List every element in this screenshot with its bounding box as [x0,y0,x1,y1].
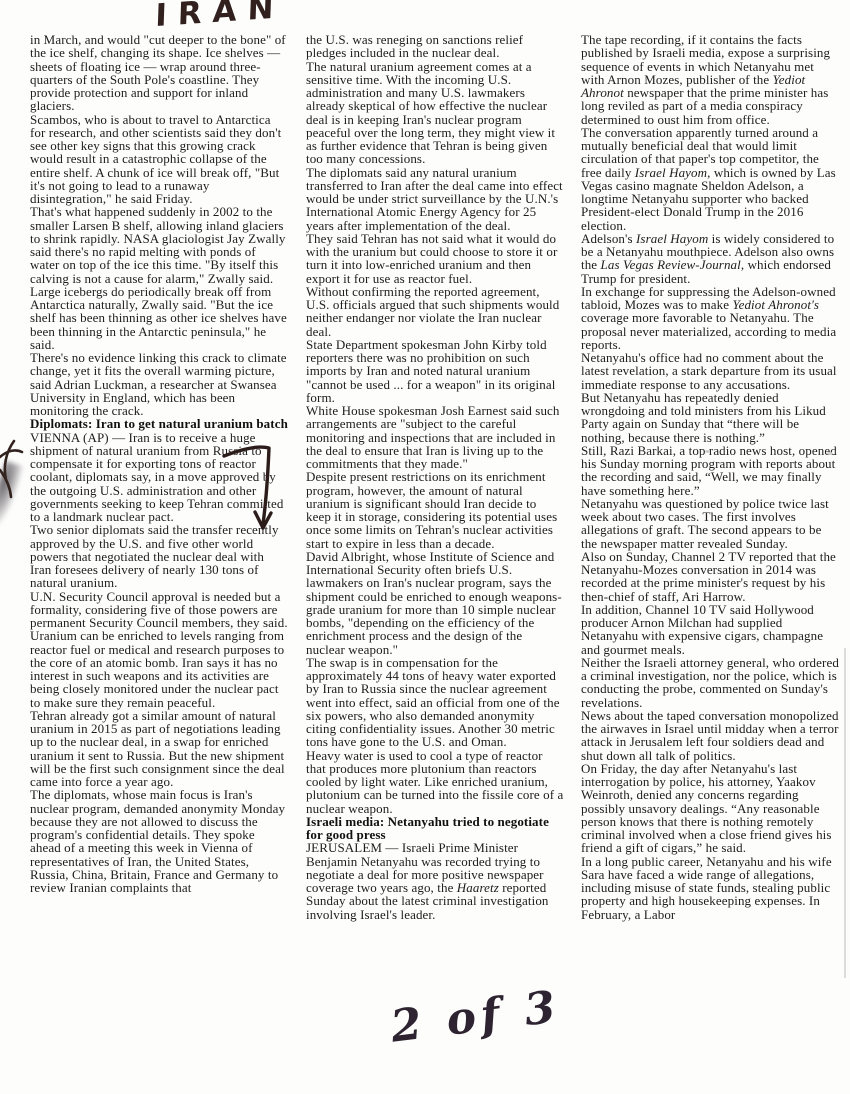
scan-shadow-artifact [0,461,24,534]
paragraph: In exchange for suppressing the Adelson-… [581,285,839,351]
paragraph: Neither the Israeli attorney general, wh… [581,656,839,709]
paragraph: Adelson's Israel Hayom is widely conside… [581,232,839,285]
paragraph: Without confirming the reported agreemen… [306,285,564,338]
paragraph: News about the taped conversation monopo… [581,709,839,762]
scan-edge-artifact [844,648,846,978]
paragraph: Despite present restrictions on its enri… [306,470,564,550]
paragraph: In addition, Channel 10 TV said Hollywoo… [581,603,839,656]
article-headline-netanyahu: Israeli media: Netanyahu tried to negoti… [306,815,564,842]
paragraph: That's what happened suddenly in 2002 to… [30,205,288,285]
paragraph: Still, Razi Barkai, a top radio news hos… [581,444,839,497]
paragraph: The natural uranium agreement comes at a… [306,60,564,166]
article-column-middle: the U.S. was reneging on sanctions relie… [306,33,564,921]
article-column-right: The tape recording, if it contains the f… [581,33,839,921]
paragraph: The swap is in compensation for the appr… [306,656,564,749]
paragraph: They said Tehran has not said what it wo… [306,232,564,285]
paragraph: On Friday, the day after Netanyahu's las… [581,762,839,855]
article-headline-uranium: Diplomats: Iran to get natural uranium b… [30,417,288,430]
scan-speck [705,450,710,453]
handwritten-topic-annotation: IRAN [155,0,285,34]
paragraph: In a long public career, Netanyahu and h… [581,855,839,921]
paragraph: The diplomats said any natural uranium t… [306,166,564,232]
paragraph: Large icebergs do periodically break off… [30,285,288,351]
paragraph: U.N. Security Council approval is needed… [30,590,288,630]
scan-speck [827,452,833,455]
paragraph: Scambos, who is about to travel to Antar… [30,113,288,206]
paragraph: Heavy water is used to cool a type of re… [306,749,564,815]
paragraph: White House spokesman Josh Earnest said … [306,404,564,470]
paragraph: Also on Sunday, Channel 2 TV reported th… [581,550,839,603]
paragraph: in March, and would "cut deeper to the b… [30,33,288,113]
article-column-left: in March, and would "cut deeper to the b… [30,33,288,894]
paragraph: Tehran already got a similar amount of n… [30,709,288,789]
paragraph: Netanyahu was questioned by police twice… [581,497,839,550]
scanned-newspaper-page: IRAN 2 of 3 in March, and would "cut dee… [0,0,850,1094]
paragraph: Two senior diplomats said the transfer r… [30,523,288,589]
paragraph: The conversation apparently turned aroun… [581,126,839,232]
paragraph: David Albright, whose Institute of Scien… [306,550,564,656]
paragraph: Netanyahu's office had no comment about … [581,351,839,391]
paragraph: the U.S. was reneging on sanctions relie… [306,33,564,60]
paragraph: There's no evidence linking this crack t… [30,351,288,417]
paragraph: State Department spokesman John Kirby to… [306,338,564,404]
paragraph: Uranium can be enriched to levels rangin… [30,629,288,709]
paragraph: VIENNA (AP) — Iran is to receive a huge … [30,431,288,524]
paragraph: But Netanyahu has repeatedly denied wron… [581,391,839,444]
handwritten-page-number: 2 of 3 [388,981,563,1052]
paragraph: The diplomats, whose main focus is Iran'… [30,788,288,894]
paragraph: JERUSALEM — Israeli Prime Minister Benja… [306,841,564,921]
paragraph: The tape recording, if it contains the f… [581,33,839,126]
